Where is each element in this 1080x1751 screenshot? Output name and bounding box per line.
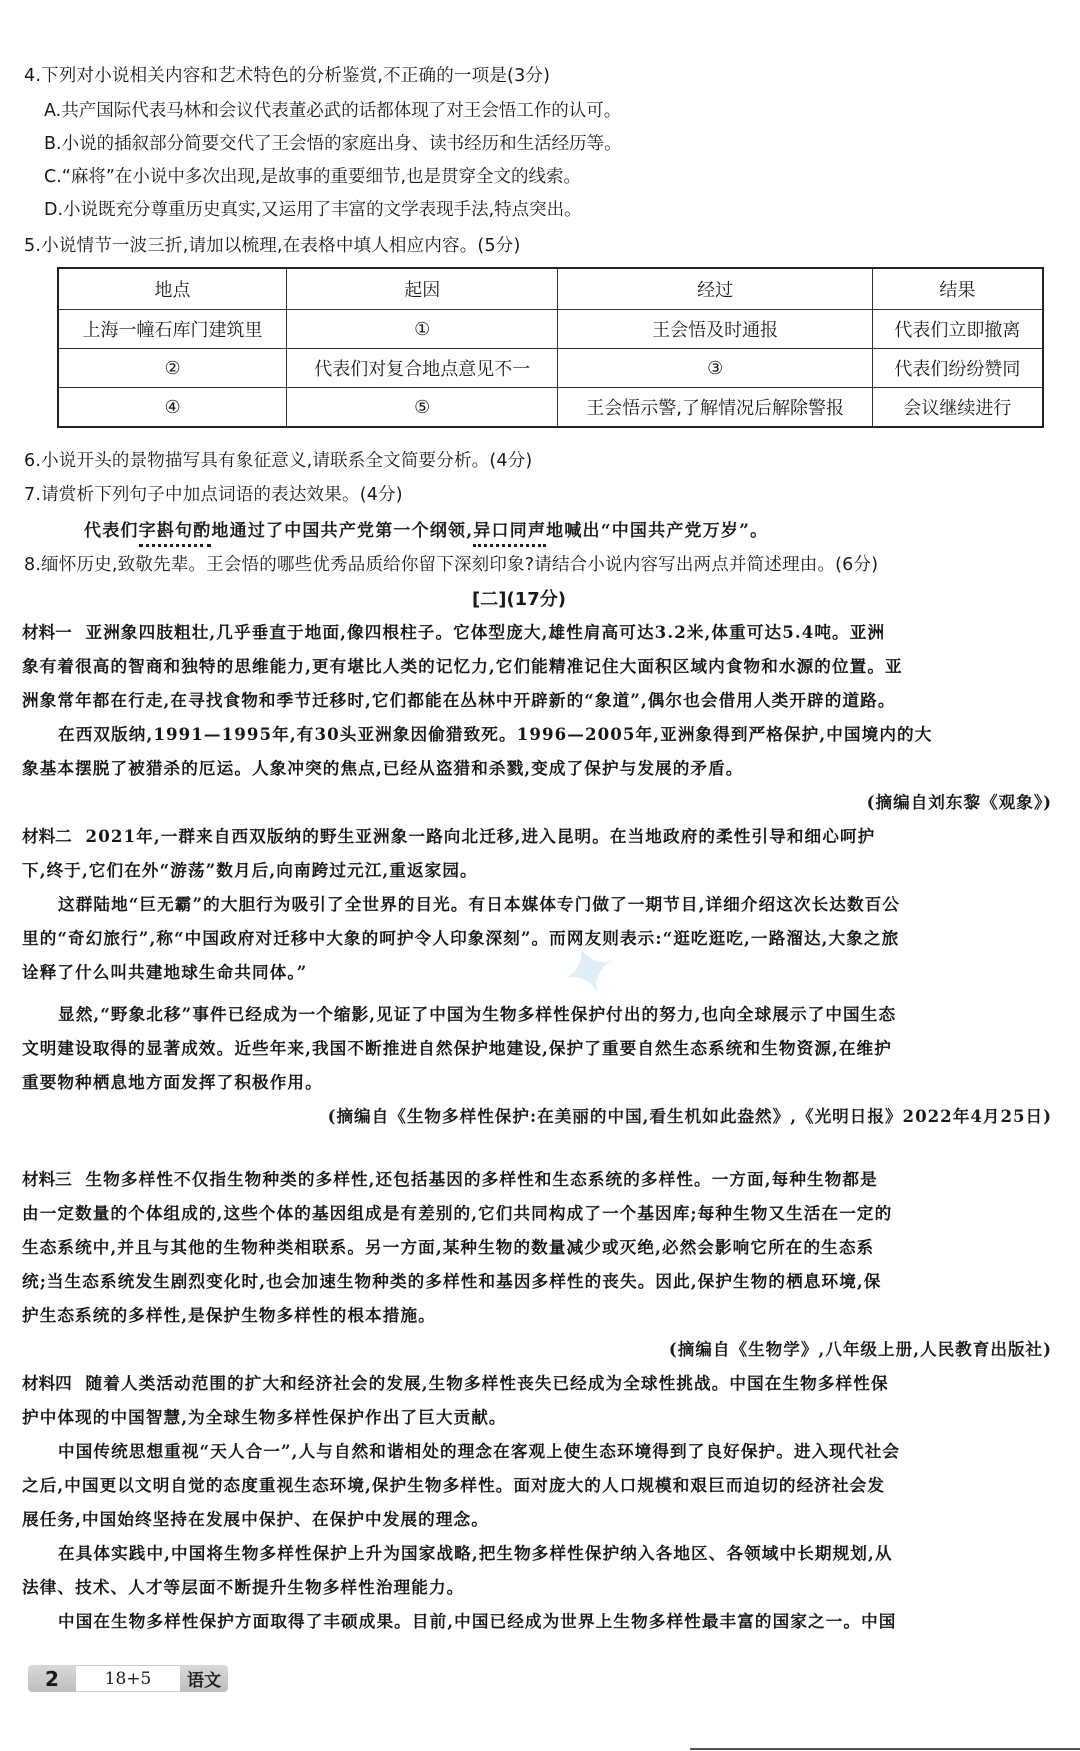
bottom-rule: [690, 1748, 1080, 1750]
material-2-line: 材料二 2021年,一群来自西双版纳的野生亚洲象一路向北迁移,进入昆明。在当地政…: [22, 823, 875, 847]
material-4-line: 法律、技术、人才等层面不断提升生物多样性治理能力。: [22, 1574, 464, 1598]
edition-label: 18+5: [76, 1665, 180, 1692]
material-4-line: 展任务,中国始终坚持在发展中保护、在保护中发展的理念。: [22, 1506, 489, 1530]
header-cause: 起因: [287, 268, 558, 310]
question-6-stem: 6.小说开头的景物描写具有象征意义,请联系全文简要分析。(4分): [24, 447, 532, 472]
table-header-row: 地点 起因 经过 结果: [58, 268, 1043, 310]
question-4-stem: 4.下列对小说相关内容和艺术特色的分析鉴赏,不正确的一项是(3分): [24, 62, 550, 87]
material-3-line: 由一定数量的个体组成的,这些个体的基因组成是有差别的,它们共同构成了一个基因库;…: [22, 1200, 892, 1224]
plot-table: 地点 起因 经过 结果 上海一幢石库门建筑里 ① 王会悟及时通报 代表们立即撤离…: [57, 267, 1044, 428]
material-4-line: 在具体实践中,中国将生物多样性保护上升为国家战略,把生物多样性保护纳入各地区、各…: [58, 1540, 893, 1564]
table-cell: 会议继续进行: [872, 388, 1043, 428]
emphasized-word: 异口同声: [473, 521, 546, 547]
question-4-option-d: D.小说既充分尊重历史真实,又运用了丰富的文学表现手法,特点突出。: [44, 196, 582, 221]
material-4-label: 材料四: [22, 1374, 72, 1393]
table-row: 上海一幢石库门建筑里 ① 王会悟及时通报 代表们立即撤离: [58, 310, 1043, 349]
table-cell: ④: [58, 388, 287, 428]
paragraph-text: 随着人类活动范围的扩大和经济社会的发展,生物多样性丧失已经成为全球性挑战。中国在…: [86, 1373, 889, 1393]
table-cell: 王会悟及时通报: [558, 310, 872, 349]
material-1-line: 在西双版纳,1991—1995年,有30头亚洲象因偷猎致死。1996—2005年…: [58, 721, 932, 745]
table-cell: 王会悟示警,了解情况后解除警报: [558, 388, 872, 428]
material-4-line: 之后,中国更以文明自觉的态度重视生态环境,保护生物多样性。面对庞大的人口规模和艰…: [22, 1472, 885, 1496]
subject-label: 语文: [180, 1665, 228, 1692]
question-7-sentence: 代表们字斟句酌地通过了中国共产党第一个纲领,异口同声地喊出“中国共产党万岁”。: [84, 516, 768, 541]
page-number: 2: [28, 1665, 76, 1692]
header-result: 结果: [872, 268, 1043, 310]
material-2-line: 显然,“野象北移”事件已经成为一个缩影,见证了中国为生物多样性保护付出的努力,也…: [58, 1001, 896, 1025]
material-2-line: 这群陆地“巨无霸”的大胆行为吸引了全世界的目光。有日本媒体专门做了一期节目,详细…: [58, 891, 900, 915]
paragraph-text: 2021年,一群来自西双版纳的野生亚洲象一路向北迁移,进入昆明。在当地政府的柔性…: [86, 826, 876, 846]
sentence-part: 代表们: [84, 521, 139, 541]
material-2-line: 文明建设取得的显著成效。近些年来,我国不断推进自然保护地建设,保护了重要自然生态…: [22, 1035, 892, 1059]
table-cell: 代表们立即撤离: [872, 310, 1043, 349]
table-cell: 代表们对复合地点意见不一: [287, 349, 558, 388]
material-2-line: 里的“奇幻旅行”,称“中国政府对迁移中大象的呵护令人印象深刻”。而网友则表示:“…: [22, 925, 899, 949]
table-cell: 代表们纷纷赞同: [872, 349, 1043, 388]
sentence-part: 地通过了中国共产党第一个纲领,: [211, 521, 473, 541]
material-2-line: 下,终于,它们在外“游荡”数月后,向南跨过元江,重返家园。: [22, 857, 478, 881]
question-4-option-c: C.“麻将”在小说中多次出现,是故事的重要细节,也是贯穿全文的线索。: [44, 163, 581, 188]
material-3-line: 材料三 生物多样性不仅指生物种类的多样性,还包括基因的多样性和生态系统的多样性。…: [22, 1166, 878, 1190]
material-3-line: 护生态系统的多样性,是保护生物多样性的根本措施。: [22, 1302, 436, 1326]
material-3-line: 生态系统中,并且与其他的生物种类相联系。另一方面,某种生物的数量减少或灭绝,必然…: [22, 1234, 874, 1258]
paragraph-text: 亚洲象四肢粗壮,几乎垂直于地面,像四根柱子。它体型庞大,雄性肩高可达3.2米,体…: [86, 622, 886, 642]
paragraph-text: 生物多样性不仅指生物种类的多样性,还包括基因的多样性和生态系统的多样性。一方面,…: [86, 1169, 878, 1189]
emphasized-word: 字斟句酌: [139, 521, 212, 547]
material-2-line: 诠释了什么叫共建地球生命共同体。”: [22, 959, 307, 983]
material-1-line: 象有着很高的智商和独特的思维能力,更有堪比人类的记忆力,它们能精准记住大面积区域…: [22, 653, 903, 677]
table-cell: ②: [58, 349, 287, 388]
header-location: 地点: [58, 268, 287, 310]
material-1-line: 洲象常年都在行走,在寻找食物和季节迁移时,它们都能在丛林中开辟新的“象道”,偶尔…: [22, 687, 896, 711]
page-footer: 2 18+5 语文: [28, 1665, 228, 1692]
table-cell: ①: [287, 310, 558, 349]
question-7-stem: 7.请赏析下列句子中加点词语的表达效果。(4分): [24, 481, 403, 506]
question-4-option-b: B.小说的插叙部分简要交代了王会悟的家庭出身、读书经历和生活经历等。: [44, 130, 622, 155]
question-8-stem: 8.缅怀历史,致敬先辈。王会悟的哪些优秀品质给你留下深刻印象?请结合小说内容写出…: [24, 551, 878, 576]
table-row: ④ ⑤ 王会悟示警,了解情况后解除警报 会议继续进行: [58, 388, 1043, 428]
material-4-line: 护中体现的中国智慧,为全球生物多样性保护作出了巨大贡献。: [22, 1404, 507, 1428]
material-3-source: (摘编自《生物学》,八年级上册,人民教育出版社): [669, 1336, 1052, 1360]
question-4-option-a: A.共产国际代表马林和会议代表董必武的话都体现了对王会悟工作的认可。: [44, 97, 621, 122]
table-cell: ⑤: [287, 388, 558, 428]
material-4-line: 材料四 随着人类活动范围的扩大和经济社会的发展,生物多样性丧失已经成为全球性挑战…: [22, 1370, 889, 1394]
material-2-label: 材料二: [22, 827, 72, 846]
material-3-line: 统;当生态系统发生剧烈变化时,也会加速生物种类的多样性和基因多样性的丧失。因此,…: [22, 1268, 881, 1292]
sentence-part: 地喊出“中国共产党万岁”。: [546, 521, 768, 541]
material-1-source: (摘编自刘东黎《观象》): [867, 789, 1052, 813]
table-cell: 上海一幢石库门建筑里: [58, 310, 287, 349]
material-1-line: 象基本摆脱了被猎杀的厄运。人象冲突的焦点,已经从盗猎和杀戮,变成了保护与发展的矛…: [22, 755, 744, 779]
material-1-line: 材料一 亚洲象四肢粗壮,几乎垂直于地面,像四根柱子。它体型庞大,雄性肩高可达3.…: [22, 619, 885, 643]
section-2-title: [二](17分): [472, 585, 566, 611]
material-2-line: 重要物种栖息地方面发挥了积极作用。: [22, 1069, 323, 1093]
material-1-label: 材料一: [22, 623, 72, 642]
table-cell: ③: [558, 349, 872, 388]
table-row: ② 代表们对复合地点意见不一 ③ 代表们纷纷赞同: [58, 349, 1043, 388]
question-5-stem: 5.小说情节一波三折,请加以梳理,在表格中填人相应内容。(5分): [24, 232, 521, 257]
material-4-line: 中国传统思想重视“天人合一”,人与自然和谐相处的理念在客观上使生态环境得到了良好…: [58, 1438, 900, 1462]
material-2-source: (摘编自《生物多样性保护:在美丽的中国,看生机如此盎然》,《光明日报》2022年…: [328, 1103, 1052, 1127]
material-4-line: 中国在生物多样性保护方面取得了丰硕成果。目前,中国已经成为世界上生物多样性最丰富…: [58, 1608, 896, 1632]
material-3-label: 材料三: [22, 1170, 72, 1189]
header-process: 经过: [558, 268, 872, 310]
